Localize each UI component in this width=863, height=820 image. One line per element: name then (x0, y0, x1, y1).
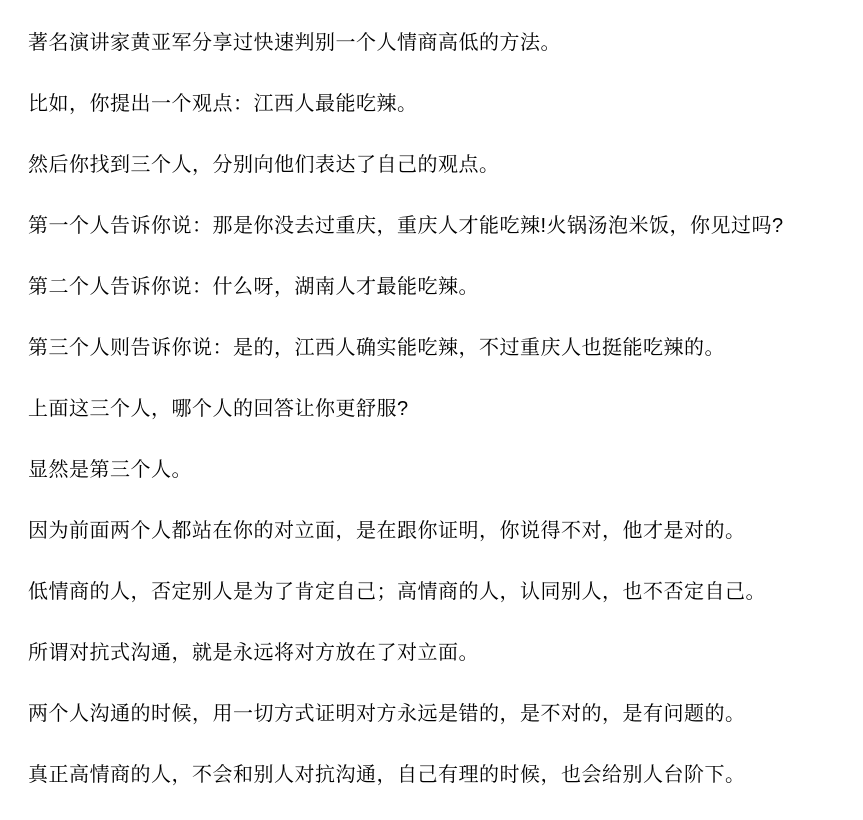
paragraph-elaboration: 两个人沟通的时候，用一切方式证明对方永远是错的，是不对的，是有问题的。 (28, 704, 853, 725)
paragraph-example: 比如，你提出一个观点：江西人最能吃辣。 (28, 94, 853, 115)
paragraph-person-1: 第一个人告诉你说：那是你没去过重庆，重庆人才能吃辣!火锅汤泡米饭，你见过吗? (28, 216, 853, 237)
paragraph-question: 上面这三个人，哪个人的回答让你更舒服? (28, 399, 853, 420)
paragraph-eq-contrast: 低情商的人，否定别人是为了肯定自己；高情商的人，认同别人，也不否定自己。 (28, 582, 853, 603)
paragraph-conclusion: 真正高情商的人，不会和别人对抗沟通，自己有理的时候，也会给别人台阶下。 (28, 765, 853, 786)
paragraph-reason: 因为前面两个人都站在你的对立面，是在跟你证明，你说得不对，他才是对的。 (28, 521, 853, 542)
paragraph-definition: 所谓对抗式沟通，就是永远将对方放在了对立面。 (28, 643, 853, 664)
paragraph-answer: 显然是第三个人。 (28, 460, 853, 481)
paragraph-person-2: 第二个人告诉你说：什么呀，湖南人才最能吃辣。 (28, 277, 853, 298)
paragraph-setup: 然后你找到三个人，分别向他们表达了自己的观点。 (28, 155, 853, 176)
article-body: 著名演讲家黄亚军分享过快速判别一个人情商高低的方法。 比如，你提出一个观点：江西… (0, 0, 863, 786)
paragraph-person-3: 第三个人则告诉你说：是的，江西人确实能吃辣，不过重庆人也挺能吃辣的。 (28, 338, 853, 359)
paragraph-intro: 著名演讲家黄亚军分享过快速判别一个人情商高低的方法。 (28, 33, 853, 54)
